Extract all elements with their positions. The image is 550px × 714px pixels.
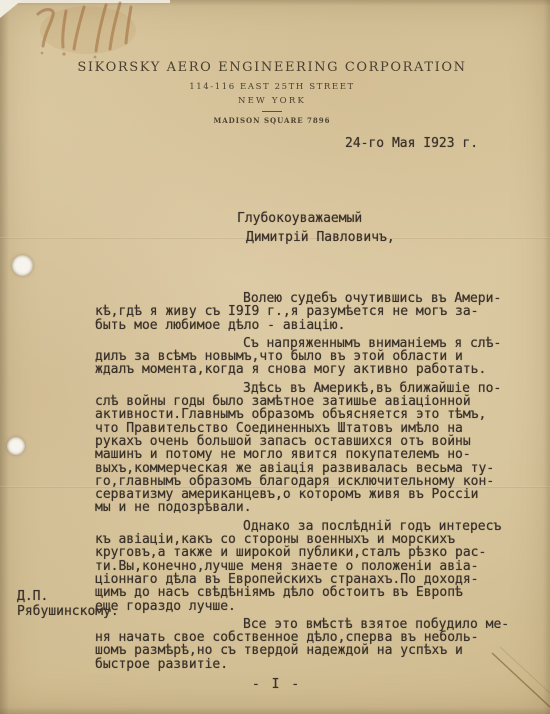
paragraph: Волею судебъ очутившись въ Амери- кѣ,гдѣ… xyxy=(95,292,517,332)
date-line: 24-го Мая I923 г. xyxy=(345,136,478,151)
paper-edge-left xyxy=(0,0,9,714)
paragraph: Все это вмѣстѣ взятое побудило ме- ня на… xyxy=(95,618,517,671)
page-number: - I - xyxy=(252,677,301,692)
margin-note-line-1: Д.П. xyxy=(17,589,48,604)
salutation-line-1: Глубокоуважаемый xyxy=(237,209,395,228)
margin-note: Д.П. Рябушинскому. xyxy=(17,589,119,619)
letterhead-divider xyxy=(262,111,282,112)
paragraph: Однако за послѣдній годъ интересъ къ аві… xyxy=(95,520,517,613)
hole-punch-bottom xyxy=(7,437,25,455)
salutation: Глубокоуважаемый Димитрій Павловичъ, xyxy=(237,209,395,247)
street-address: 114-116 EAST 25TH STREET xyxy=(22,82,522,92)
company-name: SIKORSKY AERO ENGINEERING CORPORATION xyxy=(22,60,522,75)
paragraph: Здѣсь въ Америкѣ,въ ближайшіе по- слѣ во… xyxy=(95,382,517,515)
rust-marks xyxy=(18,0,153,64)
paper-edge-right xyxy=(543,0,550,714)
letterhead: SIKORSKY AERO ENGINEERING CORPORATION 11… xyxy=(22,60,522,125)
margin-note-line-2: Рябушинскому. xyxy=(17,604,119,619)
paragraph: Съ напряженнымъ вниманіемъ я слѣ- дилъ з… xyxy=(95,337,517,377)
paper-edge-bottom xyxy=(0,707,550,714)
letter-body: Волею судебъ очутившись въ Амери- кѣ,гдѣ… xyxy=(95,292,517,676)
phone-line: MADISON SQUARE 7896 xyxy=(22,116,522,125)
city-line: NEW YORK xyxy=(22,96,522,106)
hole-punch-top xyxy=(12,255,33,276)
letter-paper: SIKORSKY AERO ENGINEERING CORPORATION 11… xyxy=(0,0,550,714)
salutation-line-2: Димитрій Павловичъ, xyxy=(237,228,395,247)
